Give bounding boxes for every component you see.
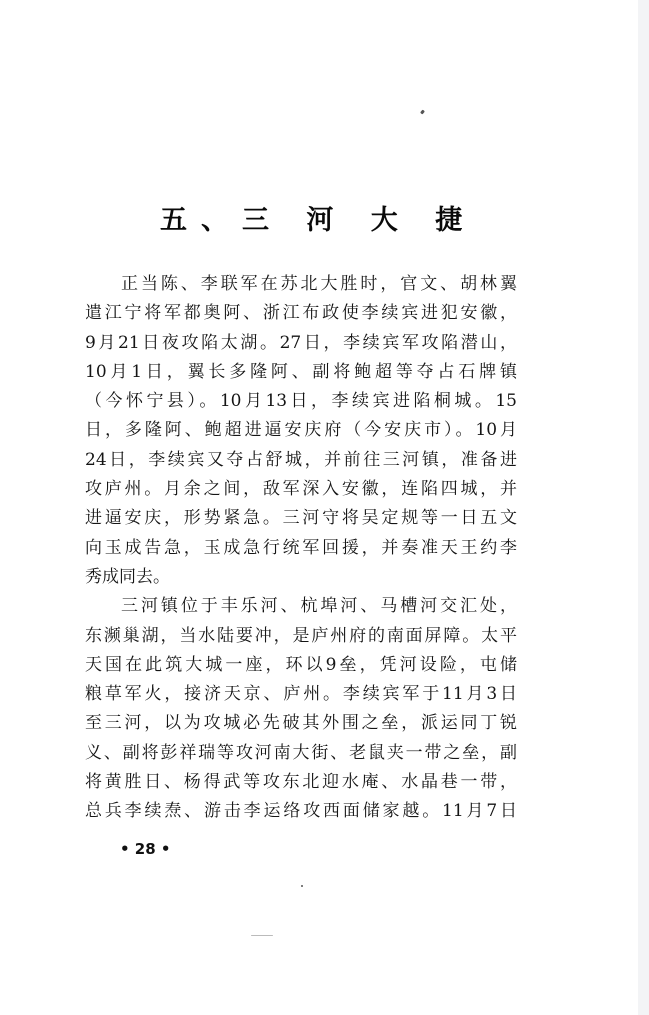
text-line: 总兵李续焘、游击李运络攻西面储家越。11月7日 — [85, 797, 517, 826]
scan-speck — [301, 885, 303, 887]
text-line: 正当陈、李联军在苏北大胜时，官文、胡林翼 — [85, 270, 517, 299]
text-line: 义、副将彭祥瑞等攻河南大街、老鼠夹一带之垒，副 — [85, 739, 517, 768]
page-number: • 28 • — [120, 840, 171, 858]
text-line: 24日，李续宾又夺占舒城，并前往三河镇，准备进 — [85, 446, 517, 475]
text-line: 10月1日，翼长多隆阿、副将鲍超等夺占石牌镇 — [85, 358, 517, 387]
text-line: 秀成同去。 — [85, 563, 517, 592]
text-line: 将黄胜日、杨得武等攻东北迎水庵、水晶巷一带， — [85, 768, 517, 797]
text-line: 东濒巢湖，当水陆要冲，是庐州府的南面屏障。太平 — [85, 622, 517, 651]
text-line: 向玉成告急，玉成急行统军回援，并奏准天王约李 — [85, 534, 517, 563]
chapter-title: 五、三 河 大 捷 — [160, 198, 430, 237]
text-line: 9月21日夜攻陷太湖。27日，李续宾军攻陷潜山， — [85, 329, 517, 358]
text-line: 日，多隆阿、鲍超进逼安庆府（今安庆市）。10月 — [85, 416, 517, 445]
text-line: （今怀宁县）。10月13日，李续宾进陷桐城。15 — [85, 387, 517, 416]
body-text: 正当陈、李联军在苏北大胜时，官文、胡林翼 遣江宁将军都奥阿、浙江布政使李续宾进犯… — [85, 270, 517, 827]
scan-speck — [420, 110, 425, 115]
text-line: 进逼安庆，形势紧急。三河守将吴定规等一日五文 — [85, 504, 517, 533]
text-line: 粮草军火，接济天京、庐州。李续宾军于11月3日 — [85, 680, 517, 709]
text-line: 三河镇位于丰乐河、杭埠河、马槽河交汇处， — [85, 592, 517, 621]
text-line: 至三河，以为攻城必先破其外围之垒，派运同丁锐 — [85, 709, 517, 738]
page-edge — [638, 0, 649, 1015]
scan-speck — [251, 935, 273, 936]
text-line: 天国在此筑大城一座，环以9垒，凭河设险，屯储 — [85, 651, 517, 680]
text-line: 遣江宁将军都奥阿、浙江布政使李续宾进犯安徽， — [85, 299, 517, 328]
scanned-book-page: 五、三 河 大 捷 正当陈、李联军在苏北大胜时，官文、胡林翼 遣江宁将军都奥阿、… — [0, 0, 638, 1015]
text-line: 攻庐州。月余之间，敌军深入安徽，连陷四城，并 — [85, 475, 517, 504]
